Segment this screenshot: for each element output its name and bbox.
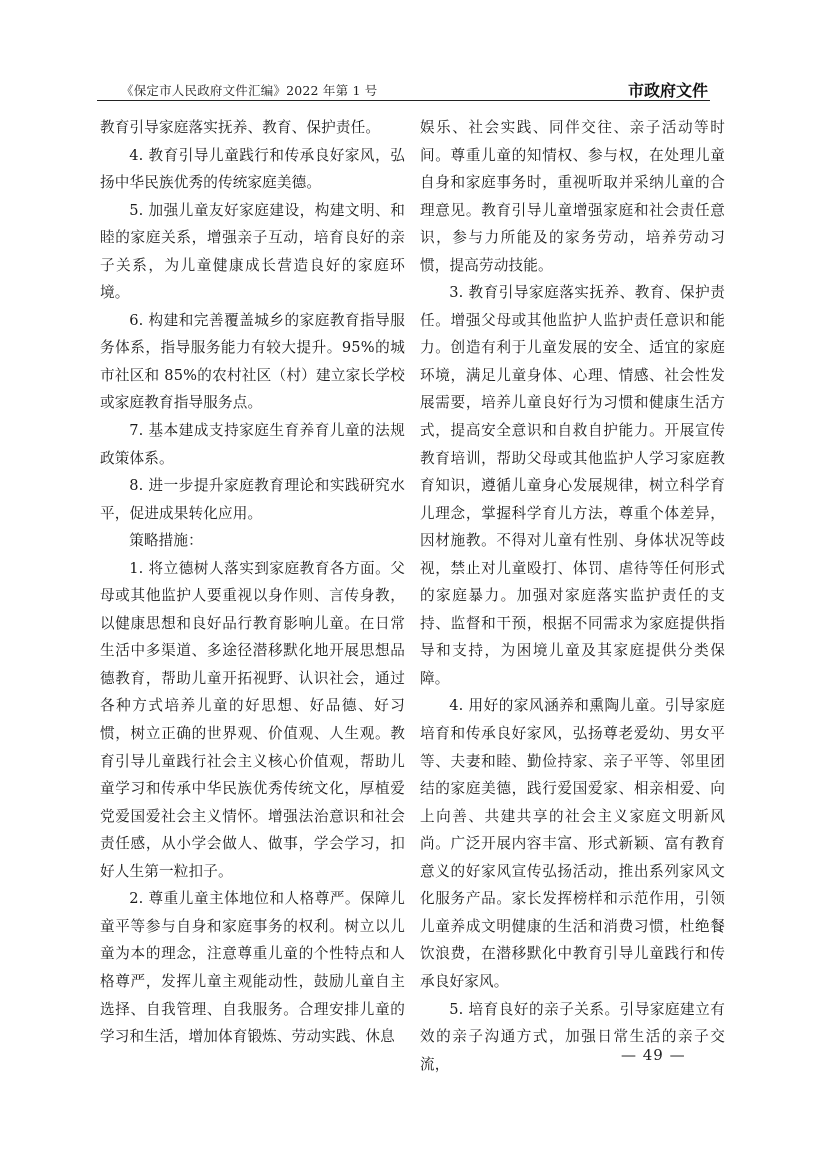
paragraph: 3. 教育引导家庭落实抚养、教育、保护责任。增强父母或其他监护人监护责任意识和能… — [420, 279, 725, 692]
left-column: 教育引导家庭落实抚养、教育、保护责任。 4. 教育引导儿童践行和传承良好家风，弘… — [100, 114, 405, 1051]
right-column: 娱乐、社会实践、同伴交往、亲子活动等时间。尊重儿童的知情权、参与权，在处理儿童自… — [420, 114, 725, 1078]
paragraph: 娱乐、社会实践、同伴交往、亲子活动等时间。尊重儿童的知情权、参与权，在处理儿童自… — [420, 114, 725, 279]
paragraph: 4. 教育引导儿童践行和传承良好家风，弘扬中华民族优秀的传统家庭美德。 — [100, 142, 405, 197]
paragraph: 4. 用好的家风涵养和熏陶儿童。引导家庭培育和传承良好家风，弘扬尊老爱幼、男女平… — [420, 692, 725, 995]
paragraph: 8. 进一步提升家庭教育理论和实践研究水平，促进成果转化应用。 — [100, 472, 405, 527]
paragraph: 2. 尊重儿童主体地位和人格尊严。保障儿童平等参与自身和家庭事务的权利。树立以儿… — [100, 885, 405, 1050]
paragraph: 1. 将立德树人落实到家庭教育各方面。父母或其他监护人要重视以身作则、言传身教，… — [100, 555, 405, 886]
publication-title: 《保定市人民政府文件汇编》2022 年第 1 号 — [121, 81, 378, 99]
paragraph: 教育引导家庭落实抚养、教育、保护责任。 — [100, 114, 405, 142]
paragraph: 5. 加强儿童友好家庭建设，构建文明、和睦的家庭关系，增强亲子互动，培育良好的亲… — [100, 197, 405, 307]
page-number: — 49 — — [621, 1046, 686, 1064]
paragraph: 5. 培育良好的亲子关系。引导家庭建立有效的亲子沟通方式，加强日常生活的亲子交流… — [420, 996, 725, 1079]
section-title: 市政府文件 — [628, 78, 708, 101]
running-header: 《保定市人民政府文件汇编》2022 年第 1 号 市政府文件 — [97, 78, 710, 101]
paragraph: 6. 构建和完善覆盖城乡的家庭教育指导服务体系，指导服务能力有较大提升。95%的… — [100, 307, 405, 417]
paragraph: 7. 基本建成支持家庭生育养育儿童的法规政策体系。 — [100, 417, 405, 472]
section-label: 策略措施： — [100, 527, 405, 555]
